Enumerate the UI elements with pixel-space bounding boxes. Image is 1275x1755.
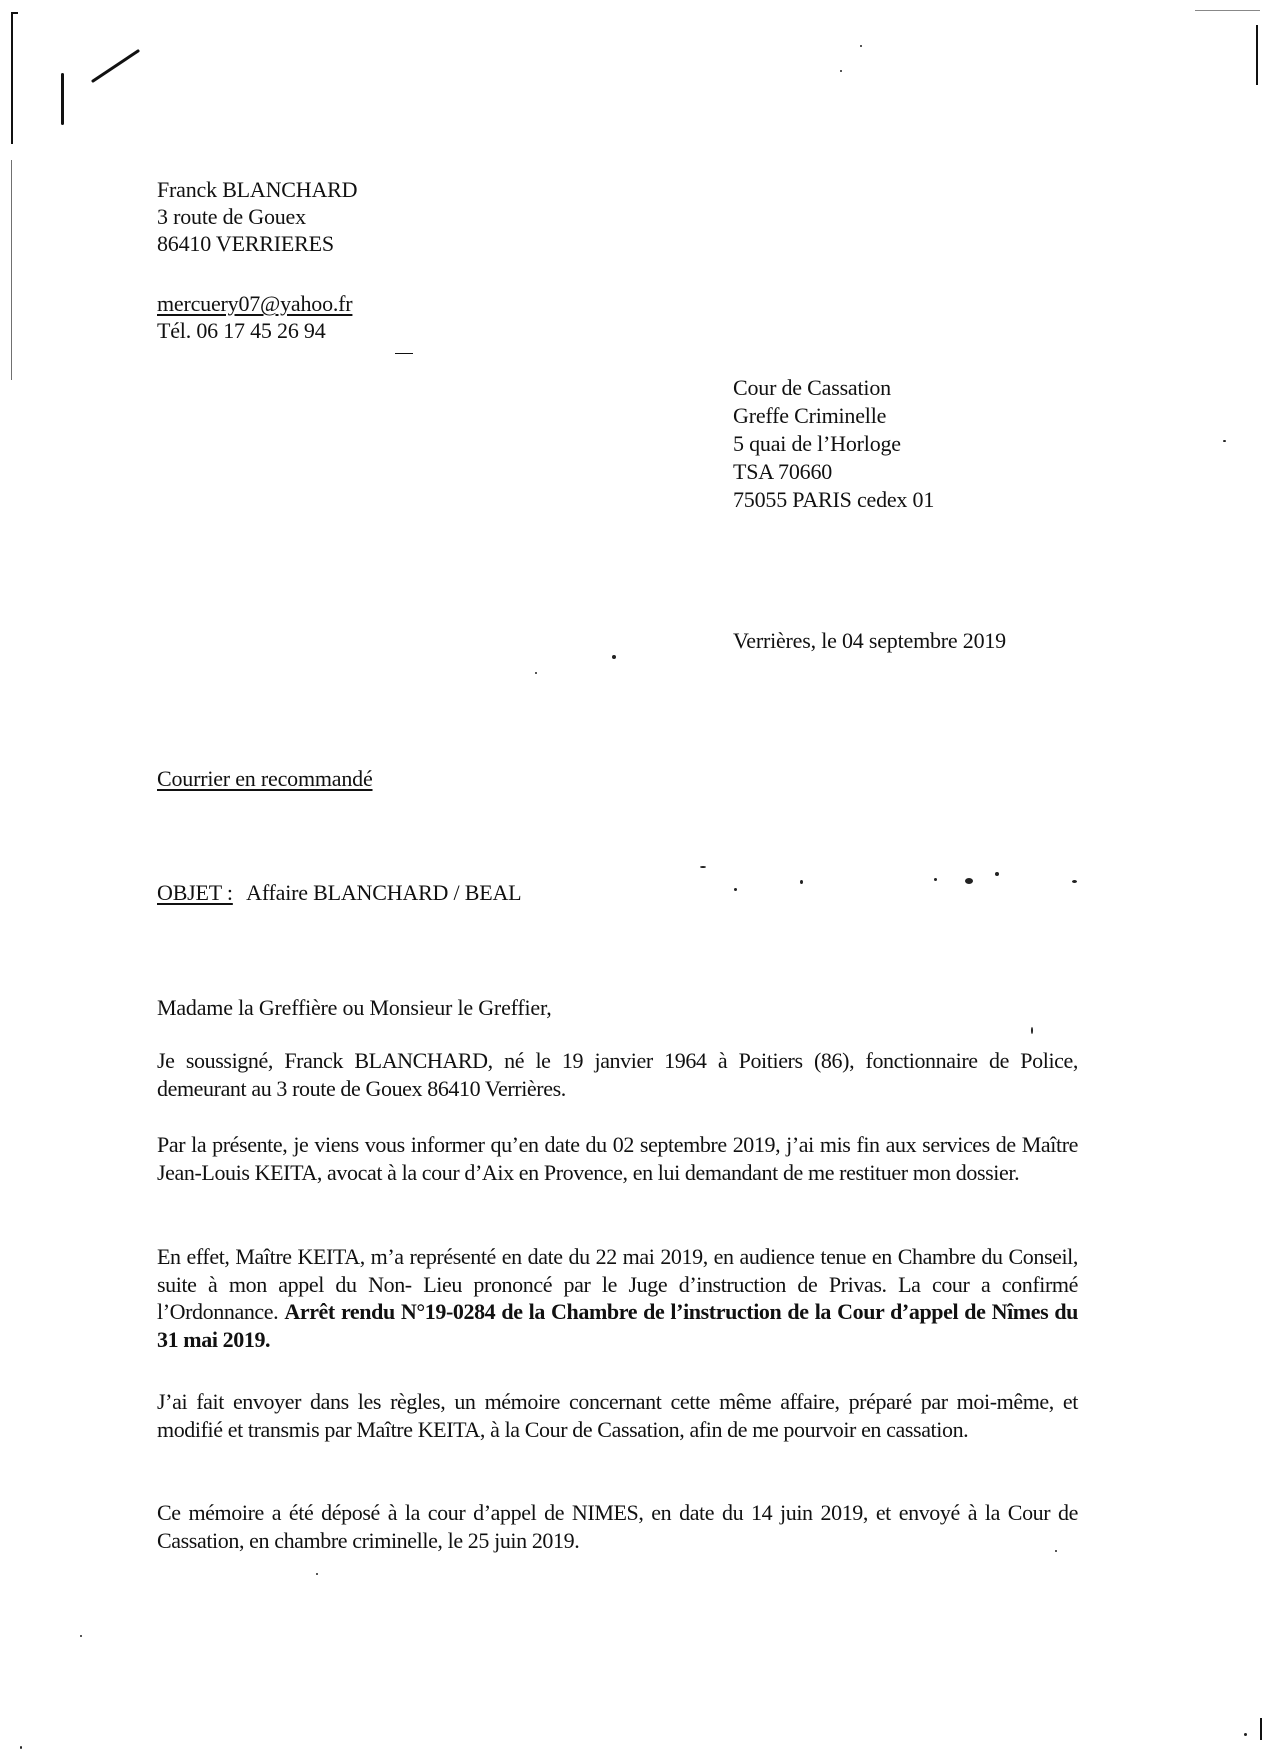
scan-corner-top-left xyxy=(11,12,18,14)
body-paragraph-2: Par la présente, je viens vous informer … xyxy=(157,1131,1078,1186)
scan-border-left xyxy=(11,14,13,144)
sender-city: 86410 VERRIERES xyxy=(157,230,357,257)
scan-speck xyxy=(1244,1733,1247,1736)
recipient-line-2: Greffe Criminelle xyxy=(733,402,934,430)
body-paragraph-4: J’ai fait envoyer dans les règles, un mé… xyxy=(157,1388,1078,1443)
mail-type: Courrier en recommandé xyxy=(157,765,373,792)
scan-speck xyxy=(934,878,937,881)
recipient-line-1: Cour de Cassation xyxy=(733,374,934,402)
scan-speck xyxy=(995,872,999,876)
sender-name: Franck BLANCHARD xyxy=(157,176,357,203)
sender-contact: mercuery07@yahoo.fr Tél. 06 17 45 26 94 xyxy=(157,290,352,344)
scan-speck xyxy=(1072,880,1077,883)
recipient-line-5: 75055 PARIS cedex 01 xyxy=(733,486,934,514)
subject-line: OBJET : Affaire BLANCHARD / BEAL xyxy=(157,879,521,906)
scan-speck xyxy=(1223,440,1226,442)
underline-stroke xyxy=(395,353,413,354)
scan-speck xyxy=(840,70,842,72)
scan-speck xyxy=(1031,1027,1033,1034)
scan-speck xyxy=(316,1573,318,1575)
sender-address: Franck BLANCHARD 3 route de Gouex 86410 … xyxy=(157,176,357,257)
subject-text: Affaire BLANCHARD / BEAL xyxy=(246,880,521,905)
handwritten-slash-mark xyxy=(90,45,145,85)
letter-page: Franck BLANCHARD 3 route de Gouex 86410 … xyxy=(0,0,1275,1755)
scan-speck xyxy=(734,888,737,891)
scan-border-right-bottom xyxy=(1260,1718,1262,1740)
scan-border-left-lower xyxy=(11,160,12,380)
body-paragraph-1: Je soussigné, Franck BLANCHARD, né le 19… xyxy=(157,1047,1078,1102)
sender-phone: Tél. 06 17 45 26 94 xyxy=(157,317,352,344)
subject-label: OBJET : xyxy=(157,880,233,905)
scan-speck xyxy=(700,866,706,868)
scan-speck xyxy=(800,880,803,884)
judgment-reference: Arrêt rendu N°19-0284 de la Chambre de l… xyxy=(157,1299,1078,1352)
scan-speck xyxy=(612,655,616,659)
recipient-line-3: 5 quai de l’Horloge xyxy=(733,430,934,458)
scan-speck xyxy=(80,1635,82,1637)
scan-speck xyxy=(535,672,537,674)
handwritten-vertical-stroke xyxy=(61,73,64,125)
letter-date: Verrières, le 04 septembre 2019 xyxy=(733,627,1006,654)
recipient-address: Cour de Cassation Greffe Criminelle 5 qu… xyxy=(733,374,934,514)
scan-border-right xyxy=(1256,25,1258,85)
body-paragraph-3: En effet, Maître KEITA, m’a représenté e… xyxy=(157,1243,1078,1353)
recipient-line-4: TSA 70660 xyxy=(733,458,934,486)
sender-email-link[interactable]: mercuery07@yahoo.fr xyxy=(157,290,352,317)
scan-speck xyxy=(965,878,973,884)
body-paragraph-5: Ce mémoire a été déposé à la cour d’appe… xyxy=(157,1499,1078,1554)
scan-speck xyxy=(20,1746,22,1749)
sender-street: 3 route de Gouex xyxy=(157,203,357,230)
salutation: Madame la Greffière ou Monsieur le Greff… xyxy=(157,994,552,1021)
scan-border-top-right xyxy=(1195,10,1260,11)
scan-speck xyxy=(860,45,862,47)
